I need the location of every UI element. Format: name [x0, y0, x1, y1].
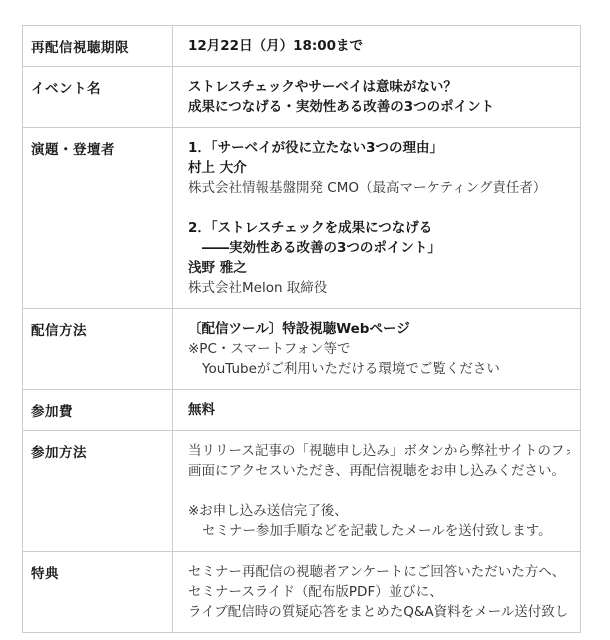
row-label-topics-speakers: 演題・登壇者: [23, 128, 173, 309]
content-line: 〔配信ツール〕特設視聴Webページ: [188, 319, 570, 339]
content-line: 当リリース記事の「視聴申し込み」ボタンから弊社サイトのフォーム: [188, 441, 570, 461]
content-line-speaker2-name: 浅野 雅之: [188, 258, 570, 278]
row-label-participation-fee: 参加費: [23, 390, 173, 431]
row-label-how-to-join: 参加方法: [23, 431, 173, 552]
content-line-talk1-title: 1．「サーベイが役に立たない3つの理由」: [188, 138, 570, 158]
content-line: ストレスチェックやサーベイは意味がない？: [188, 77, 570, 97]
content-line: ライブ配信時の質疑応答をまとめたQ&A資料をメール送付致します。: [188, 602, 570, 622]
row-content-how-to-join: 当リリース記事の「視聴申し込み」ボタンから弊社サイトのフォーム 画面にアクセスい…: [173, 431, 581, 552]
row-label-delivery-method: 配信方法: [23, 309, 173, 390]
content-line-talk2-subtitle: ――実効性ある改善の3つのポイント」: [188, 238, 570, 258]
content-line: 画面にアクセスいただき、再配信視聴をお申し込みください。: [188, 461, 570, 481]
table-row-delivery-method: 配信方法 〔配信ツール〕特設視聴Webページ ※PC・スマートフォン等で You…: [23, 309, 581, 390]
row-content-participation-fee: 無料: [173, 390, 581, 431]
table-row-participation-fee: 参加費 無料: [23, 390, 581, 431]
content-line-speaker2-title: 株式会社Melon 取締役: [188, 278, 570, 298]
row-content-benefits: セミナー再配信の視聴者アンケートにご回答いただいた方へ、 セミナースライド（配布…: [173, 552, 581, 633]
table-row-rebroadcast-deadline: 再配信視聴期限 12月22日（月）18:00まで: [23, 26, 581, 67]
content-line: 12月22日（月）18:00まで: [188, 36, 570, 56]
content-line: ※お申し込み送信完了後、: [188, 501, 570, 521]
event-info-table: 再配信視聴期限 12月22日（月）18:00まで イベント名 ストレスチェックや…: [22, 25, 581, 633]
row-content-delivery-method: 〔配信ツール〕特設視聴Webページ ※PC・スマートフォン等で YouTubeが…: [173, 309, 581, 390]
content-line: ※PC・スマートフォン等で: [188, 339, 570, 359]
content-line: セミナー参加手順などを記載したメールを送付致します。: [188, 521, 570, 541]
row-label-rebroadcast-deadline: 再配信視聴期限: [23, 26, 173, 67]
row-content-topics-speakers: 1．「サーベイが役に立たない3つの理由」 村上 大介 株式会社情報基盤開発 CM…: [173, 128, 581, 309]
content-line: セミナー再配信の視聴者アンケートにご回答いただいた方へ、: [188, 562, 570, 582]
content-line-talk2-title: 2．「ストレスチェックを成果につなげる: [188, 218, 570, 238]
content-line: YouTubeがご利用いただける環境でご覧ください: [188, 359, 570, 379]
table-row-topics-speakers: 演題・登壇者 1．「サーベイが役に立たない3つの理由」 村上 大介 株式会社情報…: [23, 128, 581, 309]
content-line-speaker1-name: 村上 大介: [188, 158, 570, 178]
event-info-table-grid: 再配信視聴期限 12月22日（月）18:00まで イベント名 ストレスチェックや…: [22, 25, 581, 633]
row-label-benefits: 特典: [23, 552, 173, 633]
content-line: 無料: [188, 400, 570, 420]
row-label-event-name: イベント名: [23, 67, 173, 128]
table-row-event-name: イベント名 ストレスチェックやサーベイは意味がない？ 成果につなげる・実効性ある…: [23, 67, 581, 128]
row-content-rebroadcast-deadline: 12月22日（月）18:00まで: [173, 26, 581, 67]
content-line: 成果につなげる・実効性ある改善の3つのポイント: [188, 97, 570, 117]
row-content-event-name: ストレスチェックやサーベイは意味がない？ 成果につなげる・実効性ある改善の3つの…: [173, 67, 581, 128]
content-line: セミナースライド（配布版PDF）並びに、: [188, 582, 570, 602]
table-row-how-to-join: 参加方法 当リリース記事の「視聴申し込み」ボタンから弊社サイトのフォーム 画面に…: [23, 431, 581, 552]
table-row-benefits: 特典 セミナー再配信の視聴者アンケートにご回答いただいた方へ、 セミナースライド…: [23, 552, 581, 633]
content-line-speaker1-title: 株式会社情報基盤開発 CMO（最高マーケティング責任者）: [188, 178, 570, 198]
